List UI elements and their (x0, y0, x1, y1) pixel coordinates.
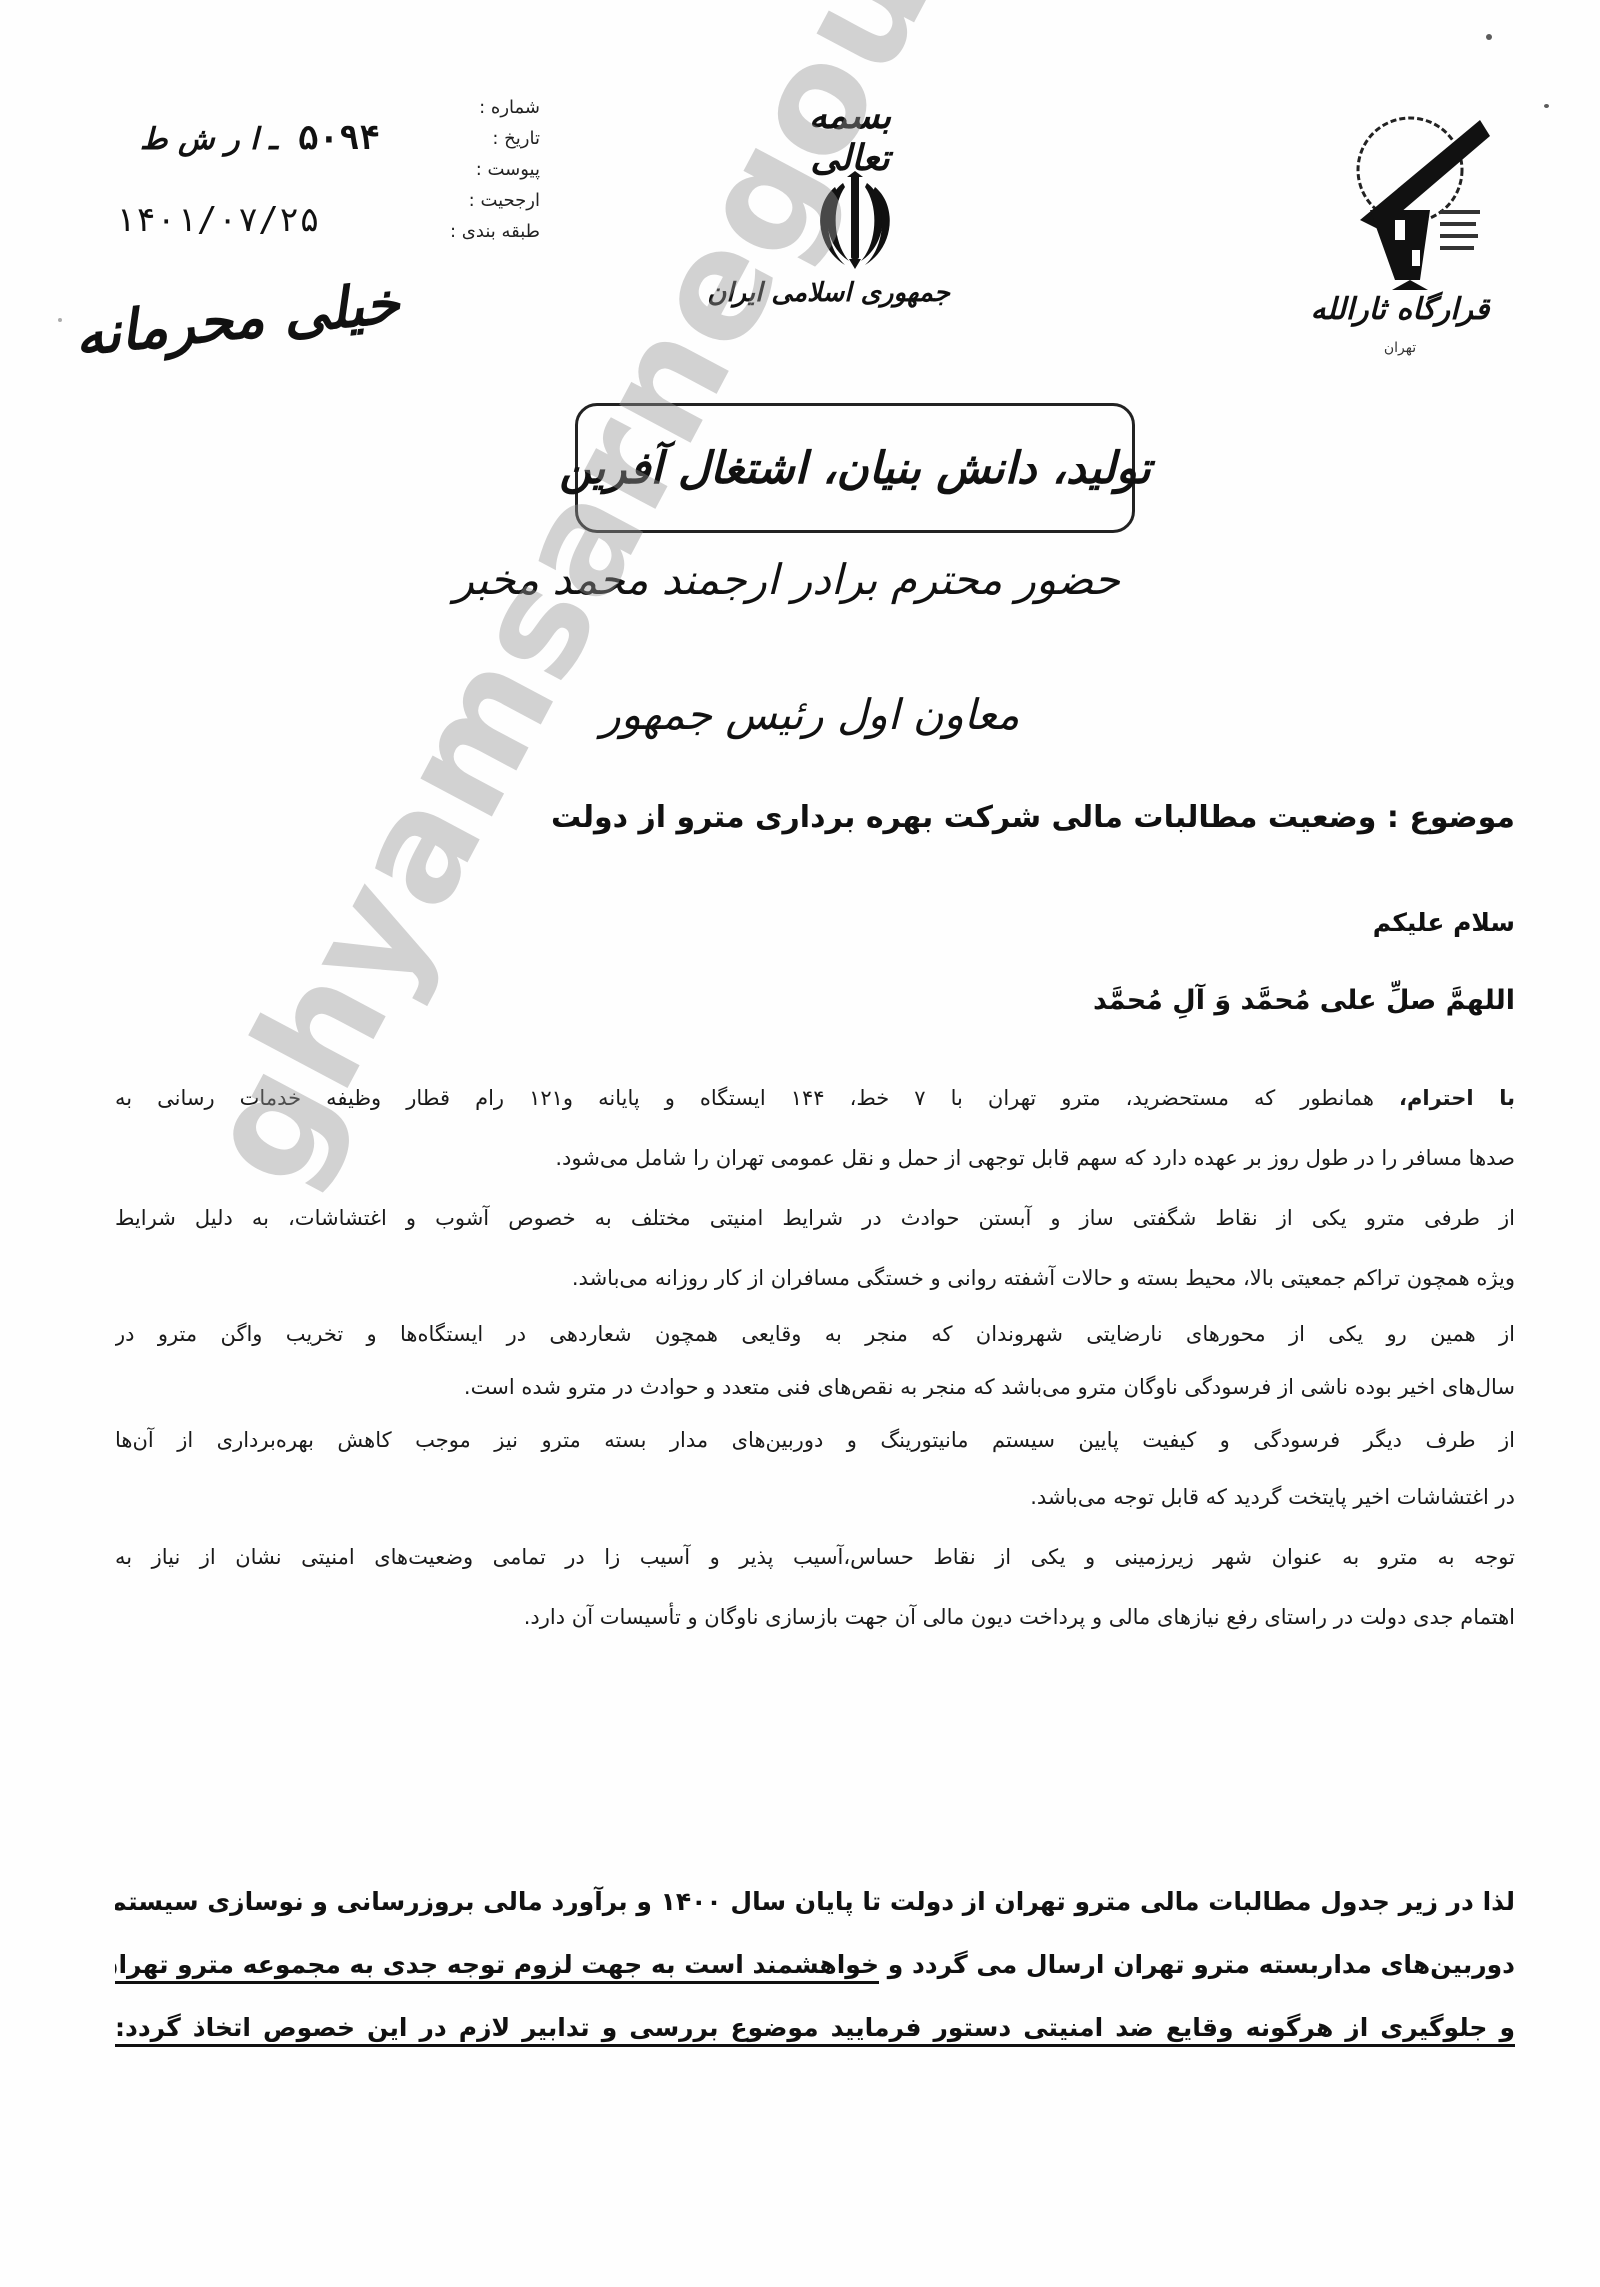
underlined-request: خواهشمند است به جهت لزوم توجه جدی به مجم… (115, 1950, 879, 1979)
letter-date: ۱۴۰۱/۰۷/۲۵ (115, 200, 285, 240)
irgc-emblem-icon (1340, 100, 1490, 300)
iran-emblem-icon (815, 165, 895, 275)
letter-ref-code: ـ ا ر ش ط (140, 122, 278, 157)
body-line: ویژه همچون تراکم جمعیتی بالا، محیط بسته … (115, 1248, 1515, 1308)
meta-labels: شماره : تاریخ : پیوست : ارجحیت : طبقه بن… (400, 92, 540, 247)
letter-number-value: ۵۰۹۴ (298, 118, 380, 158)
scan-speck (1544, 104, 1549, 108)
label-number: شماره : (400, 92, 540, 123)
body-line: با احترام، همانطور که مستحضرید، مترو تهر… (115, 1068, 1515, 1128)
slogan-box: تولید، دانش بنیان، اشتغال آفرین (575, 403, 1135, 533)
letter-page: شماره : تاریخ : پیوست : ارجحیت : طبقه بن… (0, 0, 1600, 2287)
letter-body: با احترام، همانطور که مستحضرید، مترو تهر… (115, 1068, 1515, 1647)
subject-line: موضوع : وضعیت مطالبات مالی شرکت بهره برد… (600, 800, 1515, 835)
year-slogan: تولید، دانش بنیان، اشتغال آفرین (559, 443, 1150, 494)
scan-speck (1486, 34, 1492, 40)
label-date: تاریخ : (400, 123, 540, 154)
body-line: اهتمام جدی دولت در راستای رفع نیازهای ما… (115, 1587, 1515, 1647)
watermark: ghyamsarnegouni (170, 0, 1026, 1211)
closing-request: لذا در زیر جدول مطالبات مالی مترو تهران … (115, 1870, 1515, 2059)
addressee-name: حضور محترم برادر ارجمند محمد مخبر (500, 555, 1120, 604)
greeting: سلام علیکم (1373, 908, 1515, 937)
body-line: صدها مسافر را در طول روز بر عهده دارد که… (115, 1128, 1515, 1188)
country-name: جمهوری اسلامی ایران (770, 278, 950, 308)
addressee-title: معاون اول رئیس جمهور (560, 690, 1060, 739)
body-line: از همین رو یکی از محورهای نارضایتی شهرون… (115, 1308, 1515, 1361)
body-line: در اغتشاشات اخیر پایتخت گردید که قابل تو… (115, 1467, 1515, 1527)
label-priority: ارجحیت : (400, 185, 540, 216)
letter-number: ۵۰۹۴ ـ ا ر ش ط (100, 118, 380, 158)
body-line: توجه به مترو به عنوان شهر زیرزمینی و یکی… (115, 1527, 1515, 1587)
closing-line: دوربین‌های مداربسته مترو تهران ارسال می … (115, 1933, 1515, 1996)
body-line: از طرفی مترو یکی از نقاط شگفتی ساز و آبس… (115, 1188, 1515, 1248)
organization-city: تهران (1340, 340, 1460, 356)
closing-line: و جلوگیری از هرگونه وقایع ضد امنیتی دستو… (115, 1996, 1515, 2059)
scan-speck (58, 318, 62, 322)
salawat: اللهمَّ صلِّ علی مُحمَّد وَ آلِ مُحمَّد (1093, 985, 1515, 1016)
body-lead: با احترام، (1399, 1086, 1515, 1110)
body-line: سال‌های اخیر بوده ناشی از فرسودگی ناوگان… (115, 1361, 1515, 1414)
label-attachment: پیوست : (400, 154, 540, 185)
classification-stamp: خیلی محرمانه (97, 270, 402, 367)
label-classification: طبقه بندی : (400, 216, 540, 247)
body-line: از طرف دیگر فرسودگی و کیفیت پایین سیستم … (115, 1414, 1515, 1467)
closing-line: لذا در زیر جدول مطالبات مالی مترو تهران … (115, 1870, 1515, 1933)
organization-name: قرارگاه ثارالله (1300, 292, 1500, 327)
